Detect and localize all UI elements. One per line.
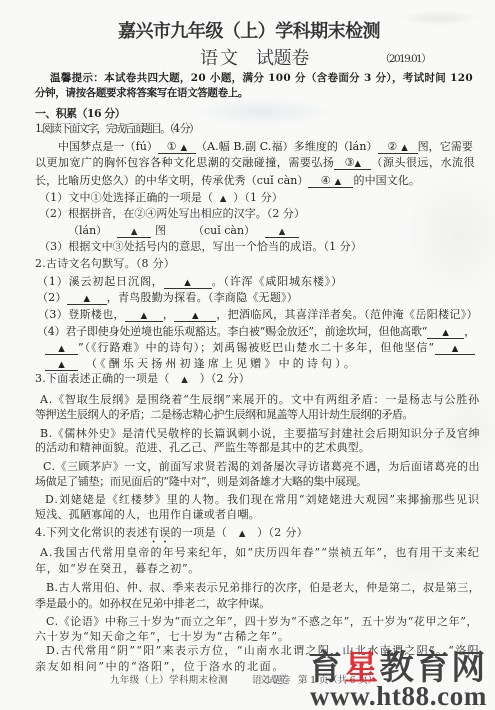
paper-type-label: 试题卷 — [256, 50, 309, 68]
question-3-option-b-line-1: B.《儒林外史》是清代吴敬梓的长篇讽刺小说，主要描写封建社会后期知识分子及官绅 — [40, 427, 480, 441]
poem-text: ， — [163, 308, 174, 321]
pinyin-label: （lán） — [68, 224, 107, 237]
question-1-sub-1: （1）文中①处选择正确的一项是（▲）（1 分） — [39, 191, 283, 206]
answer-mark-icon: ▲ — [355, 159, 362, 169]
question-4-option-b-line-1: B.古人常用伯、仲、叔、季来表示兄弟排行的次序，伯是老大，仲是第二，叔是第三， — [46, 581, 480, 595]
passage-text: （A.幅 B.副 C.福）多维度的（lán） — [196, 140, 378, 153]
passage-text: 以更加宽广的胸怀包容各种文化思潮的交融碰撞，需要弘扬 — [35, 156, 334, 169]
question-score: ）（2 分） — [200, 372, 250, 385]
circled-number: ① — [167, 140, 177, 153]
answer-mark-icon: ▲ — [181, 143, 188, 153]
passage-text: 长，比喻历史悠久）的中华文明，传承优秀（cuǐ càn） — [35, 174, 308, 187]
question-2-sub-1: （1）溪云初起日沉阁，▲。（许浑《咸阳城东楼》） — [37, 275, 343, 289]
answer-blank: ▲ — [427, 326, 464, 339]
footer-paper-name: 语文试题卷 — [252, 675, 288, 687]
poem-text: （2） — [37, 291, 67, 304]
answer-mark-icon: ▲ — [83, 294, 90, 304]
poem-text: ， — [464, 325, 475, 338]
answer-mark-icon: ▲ — [401, 143, 408, 153]
answer-blank: ▲ — [174, 309, 216, 322]
question-4-option-d-line-2: 亲友如相问”中的“洛阳”，位于洛水的北面。 — [35, 660, 285, 674]
answer-blank: ▲ — [435, 342, 475, 355]
question-2-sub-4-line-1: （4）君子即使身处逆境也能乐观豁达。李白被“赐金放还”，前途坎坷，但他高歌“▲， — [37, 325, 475, 339]
passage-line-3: 长，比喻历史悠久）的中华文明，传承优秀（cuǐ càn）④▲的中国文化。 — [35, 174, 420, 188]
question-4-option-c-line-1: C.《论语》中称三十岁为“而立之年”，四十岁为“不惑之年”，五十岁为“花甲之年”… — [46, 615, 478, 629]
passage-text: 中国梦点是一（fú） — [58, 140, 158, 153]
question-1-sub-3: （3）根据文中③处括号内的意思，写出一个恰当的成语。（1 分） — [39, 240, 362, 254]
notice-line-2: 分钟，请按各题要求将答案写在语文答题卷上。 — [35, 86, 248, 100]
question-4-option-c-line-2: 六十岁为“知天命之年”，七十岁为“古稀之年”。 — [35, 630, 290, 644]
question-3-option-d-line-2: 短浅、孤陋寡闻的人，也用作自谦或者自嘲。 — [35, 508, 260, 522]
exam-title: 嘉兴市九年级（上）学科期末检测 — [118, 22, 380, 42]
answer-blank: ▲ — [45, 342, 78, 355]
question-2-sub-2: （2）▲，青鸟殷勤为探看。（李商隐《无题》） — [37, 291, 298, 305]
circled-number: ② — [387, 140, 397, 153]
section-heading: 一、积累（16 分） — [35, 107, 125, 121]
footer-exam-name: 九年级（上）学科期末检测 — [110, 675, 228, 687]
answer-blank: ▲ — [45, 358, 78, 371]
pinyin-label: （cuǐ càn） — [193, 224, 255, 237]
answer-blank-cuican: ▲ — [265, 225, 299, 238]
poem-text: （4）君子即使身处逆境也能乐观豁达。李白被“赐金放还”，前途坎坷，但他高歌“ — [37, 325, 427, 338]
answer-mark-icon: ▲ — [227, 527, 257, 541]
poem-source: ，把酒临风，其喜洋洋者矣。（范仲淹《岳阳楼记》） — [216, 308, 478, 321]
question-1-stem: 1.阅读下面文字，完成后面题目。（4 分） — [35, 122, 198, 136]
passage-text: 的中国文化。 — [353, 174, 420, 187]
answer-mark-icon: ▲ — [131, 227, 138, 237]
answer-blank-4: ④▲ — [308, 175, 353, 188]
question-3-option-d-line-1: D.刘姥姥是《红楼梦》里的人物。我们现在常用“刘姥姥进大观园”来揶揄那些见识 — [45, 493, 480, 507]
answer-line-lan: （lán）▲图 — [68, 224, 166, 238]
answer-mark-icon: ▲ — [192, 311, 199, 321]
question-3-option-a-line-1: A.《智取生辰纲》是围绕着“生辰纲”来展开的。文中有两组矛盾：一是杨志与公胜孙 — [40, 393, 480, 407]
passage-text: （源头很远，水流很 — [371, 156, 475, 169]
question-4-option-a-line-2: 年，如“岁在癸丑，暮春之初”。 — [35, 562, 200, 576]
circled-number: ③ — [345, 156, 355, 169]
watermark-url: www.ht88.com — [310, 683, 487, 710]
question-3-option-a-line-2: 等押送生辰纲人的矛盾；二是杨志精心护生辰纲和晁盖等人用计劫生辰纲的矛盾。 — [35, 408, 413, 422]
passage-line-1: 中国梦点是一（fú）①▲（A.幅 B.副 C.福）多维度的（lán）②▲图，它需… — [58, 140, 473, 154]
answer-suffix: 图 — [155, 224, 166, 237]
question-score: ）（2 分） — [257, 526, 308, 539]
poem-source: （《酬乐天扬州初逢席上见赠》中的诗句）。 — [86, 357, 358, 370]
exam-date: （2019.01） — [380, 52, 430, 66]
poem-text: ”（《行路难》中的诗句）；刘禹锡被贬巴山楚水二十多年，但他坚信“ — [78, 341, 435, 354]
question-4-option-a-line-1: A.我国古代常用皇帝的年号来纪年，如“庆历四年春”“崇祯五年”，也有用干支来纪 — [40, 546, 480, 560]
answer-mark-icon: ▲ — [58, 344, 65, 354]
emphasized-text: 有误 — [148, 526, 171, 539]
answer-mark-icon: ▲ — [279, 227, 286, 237]
answer-blank: ▲ — [67, 292, 107, 305]
sub-question-text: （1）文中①处选择正确的一项是（ — [39, 191, 213, 204]
question-text: 的一项是（ — [171, 526, 228, 539]
answer-line-cuican: （cuǐ càn）▲ — [193, 224, 299, 238]
question-2-sub-3: （3）登斯楼也，▲，▲，把酒临风，其喜洋洋者矣。（范仲淹《岳阳楼记》） — [38, 308, 478, 322]
answer-mark-icon: ▲ — [184, 278, 191, 288]
answer-mark-icon: ▲ — [335, 177, 342, 187]
sub-question-score: ）（1 分） — [233, 191, 283, 204]
subject-label: 语文 — [200, 50, 240, 68]
question-text: 4.下列文化常识的表述 — [35, 526, 148, 539]
poem-text: （1）溪云初起日沉阁， — [37, 275, 164, 288]
question-3-option-b-line-2: 的活动和精神面貌。范进、孔乙己、严监生等都是其中的艺术典型。 — [35, 441, 370, 455]
poem-source: ，青鸟殷勤为探看。（李商隐《无题》） — [107, 291, 298, 304]
answer-blank: ▲ — [125, 309, 163, 322]
circled-number: ④ — [321, 174, 331, 187]
question-3-stem: 3.下面表述正确的一项是（▲）（2 分） — [35, 372, 250, 387]
passage-text: 图，它需要 — [418, 140, 473, 153]
question-2-sub-4-line-2: ▲”（《行路难》中的诗句）；刘禹锡被贬巴山楚水二十多年，但他坚信“▲ — [45, 341, 475, 355]
passage-line-2: 以更加宽广的胸怀包容各种文化思潮的交融碰撞，需要弘扬③▲（源头很远，水流很 — [35, 156, 475, 170]
answer-blank-lan: ▲ — [117, 225, 151, 238]
question-1-sub-2: （2）根据拼音，在②④两处写出相应的汉字。（2 分） — [39, 207, 305, 221]
answer-blank-3: ③▲ — [334, 157, 371, 170]
answer-mark-icon: ▲ — [442, 328, 449, 338]
answer-mark-icon: ▲ — [141, 311, 148, 321]
notice-text: 本试卷共四大题，20 小题，满分 100 分（含卷面分 3 分），考试时间 12… — [104, 72, 473, 84]
answer-blank-2: ②▲ — [378, 141, 418, 154]
notice-line-1: 温馨提示：本试卷共四大题，20 小题，满分 100 分（含卷面分 3 分），考试… — [50, 71, 473, 85]
poem-source: 。（许浑《咸阳城东楼》） — [212, 275, 343, 288]
answer-mark-icon: ▲ — [213, 192, 233, 206]
exam-page: 嘉兴市九年级（上）学科期末检测 语文 试题卷 （2019.01） 温馨提示：本试… — [0, 0, 495, 710]
question-4-stem: 4.下列文化常识的表述有误的一项是（▲）（2 分） — [35, 526, 308, 546]
question-2-sub-4-line-3: ▲（《酬乐天扬州初逢席上见赠》中的诗句）。 — [45, 357, 358, 371]
answer-mark-icon: ▲ — [58, 360, 65, 370]
question-2-stem: 2.古诗文名句默写。（8 分） — [35, 257, 175, 271]
answer-blank-1: ①▲ — [158, 141, 196, 154]
question-3-option-c-line-1: C.《三顾茅庐》一文，前面写求贤若渴的刘备屡次寻访诸葛亮不遇，为后面诸葛亮的出 — [43, 460, 480, 474]
question-4-option-b-line-2: 季是最小的。如孙权在兄弟中排老二，故字仲谋。 — [35, 597, 270, 611]
notice-label: 温馨提示： — [50, 72, 104, 84]
question-3-option-c-line-2: 场做足了铺垫；而见面后的“隆中对”，则是刘备雄才大略的集中展现。 — [35, 475, 367, 489]
answer-blank: ▲ — [164, 276, 212, 289]
answer-mark-icon: ▲ — [452, 344, 459, 354]
question-text: 3.下面表述正确的一项是（ — [35, 372, 170, 385]
poem-text: （3）登斯楼也， — [38, 308, 125, 321]
answer-mark-icon: ▲ — [170, 373, 200, 387]
